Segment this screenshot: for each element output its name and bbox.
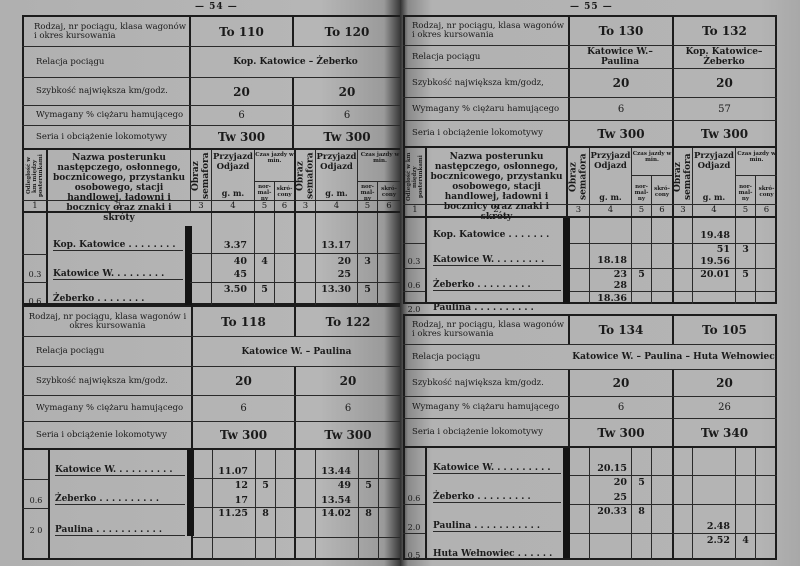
run-time-header: Czas jazdy w min. — [358, 152, 402, 164]
relation: Kop. Katowice – Żeberko — [191, 47, 400, 77]
time: 20.33 — [590, 506, 627, 517]
relation-label: Relacja pociągu — [24, 47, 189, 77]
divider — [22, 254, 47, 255]
time: 25 — [316, 269, 351, 280]
speed-label: Szybkość największa km/godz. — [24, 78, 189, 105]
time: 2.48 — [693, 521, 730, 532]
divider — [403, 268, 425, 269]
run-minutes: 5 — [255, 284, 274, 295]
time: 14.02 — [316, 508, 351, 519]
page-55: — 55 — Rodzaj, nr pociągu, klasa wagonów… — [400, 0, 800, 566]
time: 20 — [590, 477, 627, 488]
train-number: To 110 — [191, 17, 292, 46]
divider — [403, 533, 425, 534]
column-number: 2 — [426, 205, 566, 215]
divider — [570, 291, 777, 292]
arr-dep-header: Przyjazd Odjazd — [316, 152, 357, 172]
station-name: Katowice W. . . . . . . . . . — [55, 465, 185, 476]
time: 19.48 — [693, 230, 730, 241]
speed-value: 20 — [296, 367, 400, 395]
train-number: To 120 — [294, 17, 400, 46]
train-kind-label: Rodzaj, nr pociągu, klasa wagonów i okre… — [405, 17, 568, 45]
brake-label: Wymagany % ciężaru hamującego — [24, 396, 191, 421]
brake-value: 6 — [191, 106, 292, 125]
relation: Katowice W. – Paulina – Huta Wełnowiec — [570, 345, 777, 369]
run-minutes: 5 — [358, 284, 377, 295]
run-time-header: Czas jazdy w min. — [255, 152, 294, 164]
train-kind-label: Rodzaj, nr pociągu, klasa wagonów i okre… — [24, 307, 191, 336]
run-minutes: 4 — [736, 535, 755, 546]
divider — [570, 504, 777, 505]
divider — [48, 450, 50, 560]
time: 11.25 — [213, 508, 248, 519]
arr-dep-header: Przyjazd Odjazd — [590, 151, 631, 171]
station-name: Katowice W. . . . . . . . . . — [433, 463, 561, 474]
normal-header: nor- mal- ny — [632, 184, 651, 202]
divider — [22, 282, 47, 283]
column-number: 4 — [316, 201, 357, 211]
run-minutes: 8 — [359, 508, 378, 519]
divider — [425, 448, 427, 560]
arr-dep-header: Przyjazd Odjazd — [212, 152, 254, 172]
divider — [403, 446, 777, 448]
run-minutes: 8 — [632, 506, 651, 517]
time: 18.18 — [590, 255, 627, 266]
train-number: To 122 — [296, 307, 400, 336]
time: 2.52 — [693, 535, 730, 546]
loco-value: Tw 300 — [294, 126, 400, 148]
train-number: To 134 — [570, 316, 672, 344]
hm-header: g. m. — [693, 192, 735, 202]
divider — [254, 181, 294, 182]
time: 18.36 — [590, 293, 627, 304]
station-km: 2.0 — [403, 305, 425, 314]
time: 13.30 — [316, 284, 351, 295]
distance-header: Odległość w km między posterunkami — [24, 152, 46, 200]
brake-value: 26 — [674, 397, 775, 418]
loco-value: Tw 300 — [191, 126, 292, 148]
signal-bar — [563, 448, 570, 558]
station-name: Kop. Katowice . . . . . . . — [433, 230, 561, 240]
divider — [255, 450, 256, 560]
train-kind-label: Rodzaj, nr pociągu, klasa wagonów i okre… — [24, 17, 189, 46]
hm-header: g. m. — [316, 188, 357, 198]
train-number: To 132 — [674, 17, 775, 45]
column-number: 3 — [568, 205, 589, 215]
station-name: Paulina . . . . . . . . . . . — [433, 521, 561, 532]
loco-value: Tw 300 — [570, 121, 672, 146]
speed-label: Szybkość największa km/godz, — [405, 69, 568, 97]
loco-label: Seria i obciążenie lokomotywy — [405, 419, 568, 446]
column-number: 1 — [405, 205, 425, 215]
page-number: — 55 — — [570, 2, 613, 12]
time: 19.56 — [693, 256, 730, 267]
divider — [275, 450, 276, 560]
divider — [631, 175, 672, 176]
short-header: skró- cony — [652, 186, 672, 198]
short-header: skró- cony — [756, 186, 777, 198]
brake-value: 6 — [296, 396, 400, 421]
column-number: 4 — [693, 205, 735, 215]
arr-dep-header: Przyjazd Odjazd — [693, 151, 735, 171]
speed-value: 20 — [570, 69, 672, 97]
brake-label: Wymagany % ciężaru hamującego — [24, 106, 189, 125]
column-number: 5 — [255, 201, 274, 211]
divider — [193, 537, 402, 538]
loco-value: Tw 300 — [570, 419, 672, 446]
divider — [403, 475, 425, 476]
station-km: 0.3 — [24, 270, 46, 279]
divider — [425, 148, 427, 304]
run-time-header: Czas jazdy w min. — [736, 151, 777, 163]
time: 12 — [213, 480, 248, 491]
column-number: 5 — [632, 205, 651, 215]
divider — [403, 146, 777, 148]
divider — [22, 508, 48, 509]
speed-value: 20 — [674, 69, 775, 97]
loco-label: Seria i obciążenie lokomotywy — [24, 422, 191, 448]
station-name: Huta Wełnowiec . . . . . . — [433, 549, 561, 559]
station-km: 0.5 — [403, 551, 425, 560]
divider — [403, 291, 425, 292]
divider — [570, 475, 777, 476]
short-header: skró- cony — [275, 186, 294, 198]
station-name: Katowice W. . . . . . . . . — [433, 255, 561, 266]
loco-label: Seria i obciążenie lokomotywy — [24, 126, 189, 148]
loco-value: Tw 300 — [193, 422, 294, 448]
signal-bar — [563, 218, 570, 304]
relation-label: Relacja pociągu — [405, 345, 568, 369]
column-number: 3 — [191, 201, 211, 211]
signal-header: Obraz semafora — [674, 150, 692, 204]
column-number: 3 — [296, 201, 315, 211]
station-name: Kop. Katowice . . . . . . . . — [53, 240, 183, 251]
brake-value: 6 — [570, 397, 672, 418]
column-number: 3 — [674, 205, 692, 215]
station-name: Żeberko . . . . . . . . . — [433, 280, 561, 291]
divider — [193, 478, 402, 479]
divider — [570, 533, 777, 534]
divider — [22, 479, 48, 480]
divider — [403, 243, 425, 244]
signal-header: Obraz semafora — [191, 152, 211, 200]
run-minutes: 4 — [255, 256, 274, 267]
time: 25 — [590, 492, 627, 503]
station-name: Żeberko . . . . . . . . . . — [55, 494, 185, 505]
divider — [403, 504, 425, 505]
column-number: 2 — [47, 201, 190, 211]
brake-value: 6 — [193, 396, 294, 421]
divider — [358, 450, 359, 560]
normal-header: nor- mal- ny — [358, 184, 377, 202]
run-minutes: 5 — [632, 269, 651, 280]
divider — [190, 282, 402, 283]
time: 20.01 — [693, 269, 730, 280]
relation: Katowice W.– Paulina — [572, 46, 668, 68]
time: 17 — [213, 495, 248, 506]
column-number: 4 — [212, 201, 254, 211]
time: 13.17 — [316, 240, 351, 251]
relation-label: Relacja pociągu — [24, 337, 191, 366]
time: 3.50 — [212, 284, 247, 295]
station-km: 0.6 — [403, 281, 425, 290]
loco-value: Tw 300 — [674, 121, 775, 146]
time: 13.44 — [316, 466, 351, 477]
run-minutes: 8 — [256, 508, 275, 519]
station-km: 2 0 — [24, 526, 48, 535]
station-km: 0.6 — [24, 496, 48, 505]
column-number: 6 — [275, 201, 294, 211]
brake-value: 6 — [294, 106, 400, 125]
brake-label: Wymagany % ciężaru hamującego — [405, 98, 568, 120]
station-km: 2.0 — [403, 523, 425, 532]
time: 13.54 — [316, 495, 351, 506]
divider — [631, 148, 632, 304]
divider — [190, 253, 402, 254]
divider — [735, 148, 736, 304]
run-minutes: 3 — [736, 244, 755, 255]
time: 40 — [212, 256, 247, 267]
speed-value: 20 — [191, 78, 292, 105]
signal-header: Obraz semafora — [568, 150, 589, 204]
brake-value: 57 — [674, 98, 775, 120]
time: 20 — [316, 256, 351, 267]
divider — [22, 148, 402, 150]
normal-header: nor- mal- ny — [736, 184, 755, 202]
page-number: — 54 — — [195, 2, 238, 12]
divider — [378, 450, 379, 560]
hm-header: g. m. — [590, 192, 631, 202]
speed-value: 20 — [294, 78, 400, 105]
station-name: Paulina . . . . . . . . . . . — [55, 525, 185, 536]
relation: Katowice W. – Paulina — [193, 337, 400, 366]
loco-label: Seria i obciążenie lokomotywy — [405, 121, 568, 146]
time: 28 — [590, 280, 627, 291]
time: 23 — [590, 269, 627, 280]
run-minutes: 3 — [358, 256, 377, 267]
divider — [357, 181, 402, 182]
column-number: 1 — [24, 201, 46, 211]
run-minutes: 5 — [256, 480, 275, 491]
column-number: 5 — [736, 205, 755, 215]
station-name: Żeberko . . . . . . . . . — [433, 492, 561, 503]
station-name: Katowice W. . . . . . . . . — [53, 269, 183, 280]
speed-label: Szybkość największa km/godz. — [405, 370, 568, 396]
run-minutes: 5 — [632, 477, 651, 488]
column-number: 6 — [652, 205, 672, 215]
short-header: skró- cony — [378, 186, 400, 198]
divider — [735, 175, 777, 176]
speed-value: 20 — [570, 370, 672, 396]
page-54: — 54 — Rodzaj, nr pociągu, klasa wagonów… — [0, 0, 400, 566]
speed-value: 20 — [193, 367, 294, 395]
train-kind-label: Rodzaj, nr pociągu, klasa wagonów i okre… — [405, 316, 568, 344]
run-time-header: Czas jazdy w min. — [632, 151, 672, 163]
train-number: To 130 — [570, 17, 672, 45]
station-name: Żeberko . . . . . . . . — [53, 294, 183, 304]
station-name: Paulina . . . . . . . . . . — [433, 303, 561, 313]
brake-label: Wymagany % ciążaru hamującego — [405, 397, 568, 418]
hm-header: g. m. — [212, 188, 254, 198]
time: 49 — [316, 480, 351, 491]
column-number: 4 — [590, 205, 631, 215]
distance-header: Odległość w km między posterunkami — [405, 150, 425, 204]
column-number: 6 — [756, 205, 777, 215]
normal-header: nor- mal- ny — [255, 184, 274, 202]
train-number: To 118 — [193, 307, 294, 336]
brake-value: 6 — [570, 98, 672, 120]
column-number: 6 — [378, 201, 400, 211]
train-number: To 105 — [674, 316, 775, 344]
station-km: 0.3 — [403, 257, 425, 266]
time: 3.37 — [212, 240, 247, 251]
station-name-header: Nazwa posterunku następczego, osłonnego,… — [50, 153, 188, 223]
relation-label: Relacja pociągu — [405, 46, 568, 68]
loco-value: Tw 340 — [674, 419, 775, 446]
run-minutes: 5 — [359, 480, 378, 491]
signal-bar — [187, 450, 194, 536]
column-number: 5 — [358, 201, 377, 211]
speed-label: Szybkość największa km/godz. — [24, 367, 191, 395]
time: 45 — [212, 269, 247, 280]
time: 51 — [693, 244, 730, 255]
time: 11.07 — [213, 466, 248, 477]
signal-bar — [185, 226, 192, 305]
time: 20.15 — [590, 463, 627, 474]
run-minutes: 5 — [736, 269, 755, 280]
speed-value: 20 — [674, 370, 775, 396]
relation: Kop. Katowice– Żeberko — [676, 46, 772, 68]
station-km: 0.6 — [403, 494, 425, 503]
signal-header: Obraz semafora — [296, 152, 315, 200]
loco-value: Tw 300 — [296, 422, 400, 448]
